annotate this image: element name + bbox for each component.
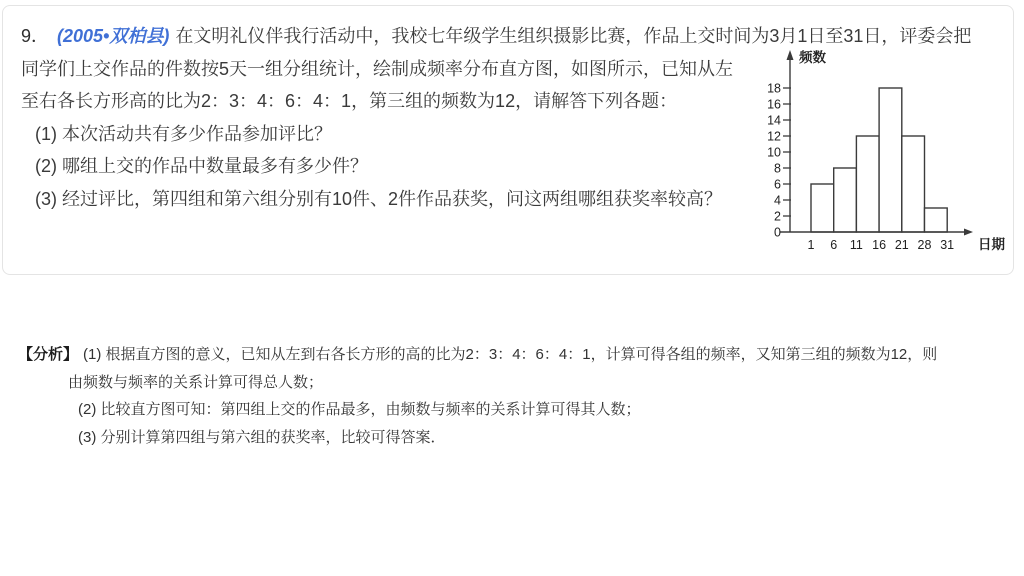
y-axis-title: 频数 — [799, 49, 827, 65]
y-tick-label: 6 — [774, 178, 781, 192]
x-tick-label: 11 — [850, 238, 863, 252]
histogram-bar — [834, 168, 857, 232]
statement-text-2: 同学们上交作品的件数按5天一组分组统计，绘制成频率分布直方图，如图所示，已知从左 — [21, 59, 733, 79]
y-tick-label: 16 — [767, 98, 781, 112]
histogram-svg: 024681012141618161116212831频数日期 — [760, 46, 1018, 258]
x-tick-label: 6 — [830, 238, 837, 252]
y-tick-label: 0 — [774, 226, 781, 240]
y-tick-label: 2 — [774, 210, 781, 224]
analysis-line-1: 【分析】(1) 根据直方图的意义，已知从左到右各长方形的高的比为2：3：4：6：… — [18, 341, 1024, 369]
analysis-line-2: 由频数与频率的关系计算可得总人数； — [68, 369, 1024, 397]
statement-text-1: 在文明礼仪伴我行活动中，我校七年级学生组织摄影比赛，作品上交时间为3月1日至31… — [175, 26, 971, 46]
x-tick-label: 21 — [895, 238, 909, 252]
y-tick-label: 12 — [767, 130, 781, 144]
analysis-line-3: (2) 比较直方图可知：第四组上交的作品最多，由频数与频率的关系计算可得其人数； — [78, 396, 1024, 424]
y-tick-label: 18 — [767, 82, 781, 96]
problem-card: 9．(2005•双柏县)在文明礼仪伴我行活动中，我校七年级学生组织摄影比赛，作品… — [2, 5, 1014, 275]
y-tick-label: 14 — [767, 114, 781, 128]
analysis-text-1: (1) 根据直方图的意义，已知从左到右各长方形的高的比为2：3：4：6：4：1，… — [83, 346, 937, 363]
y-tick-label: 4 — [774, 194, 781, 208]
histogram-bar — [925, 208, 948, 232]
analysis-line-4: (3) 分别计算第四组与第六组的获奖率，比较可得答案． — [78, 424, 1024, 452]
analysis-section: 【分析】(1) 根据直方图的意义，已知从左到右各长方形的高的比为2：3：4：6：… — [0, 341, 1024, 451]
x-tick-label: 28 — [918, 238, 932, 252]
x-tick-label: 1 — [808, 238, 815, 252]
frequency-histogram: 024681012141618161116212831频数日期 — [760, 46, 1018, 261]
problem-source-link[interactable]: (2005•双柏县) — [57, 26, 169, 46]
statement-text-3: 至右各长方形高的比为2：3：4：6：4：1，第三组的频数为12，请解答下列各题： — [21, 91, 677, 111]
x-tick-label: 16 — [872, 238, 886, 252]
histogram-bar — [902, 136, 925, 232]
y-tick-label: 10 — [767, 146, 781, 160]
histogram-bar — [811, 184, 834, 232]
x-axis-title: 日期 — [978, 237, 1006, 252]
y-tick-label: 8 — [774, 162, 781, 176]
x-axis-arrow — [964, 229, 973, 236]
histogram-bar — [879, 88, 902, 232]
histogram-bar — [856, 136, 879, 232]
y-axis-arrow — [787, 50, 794, 60]
analysis-label: 【分析】 — [18, 346, 78, 363]
x-tick-label: 31 — [940, 238, 954, 252]
problem-number: 9． — [21, 26, 49, 46]
